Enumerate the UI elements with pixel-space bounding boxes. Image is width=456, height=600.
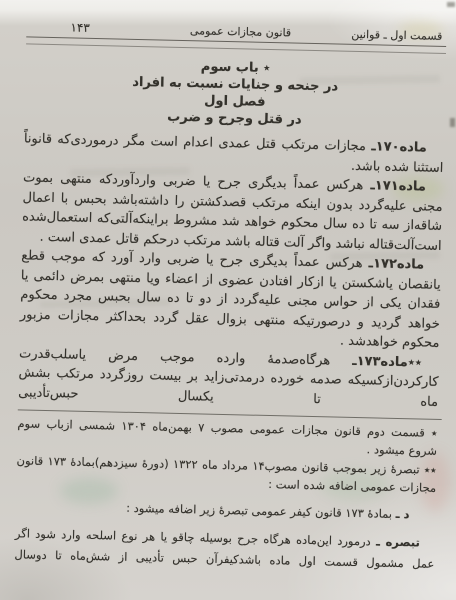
footnote-1-text: قسمت دوم قانون مجازات عمومی مصوب ۷ بهمن‌… bbox=[17, 416, 437, 457]
page-header: قسمت اول ـ قوانین قانون مجازات عمومی ۱۴۳ bbox=[26, 19, 446, 43]
footnote-item-d-marker: د ـ bbox=[396, 507, 410, 521]
footnote-item-d-text: بمادۀ ۱۷۳ قانون کیفر عمومی تبصرۀ زیر اضا… bbox=[126, 501, 392, 521]
footnote-tabsareh-marker: تبصره ـ bbox=[376, 534, 420, 549]
article-173-label: ٭٭ماده۱۷۳ـ bbox=[352, 353, 422, 370]
article-172: ماده۱۷۲ـ هرکس عمداً بدیگری جرح یا ضربی و… bbox=[19, 246, 441, 353]
footnote-2-text: تبصرۀ زیر بموجب قانون مصوب۱۴ مرداد ماه ۱… bbox=[16, 453, 436, 494]
page-number: ۱۴۳ bbox=[70, 20, 90, 34]
article-171: ماده۱۷۱ـ هرکس عمداً بدیگری جرح یا ضربی و… bbox=[21, 168, 443, 256]
footnote-2: ٭٭ تبصرۀ زیر بموجب قانون مصوب۱۴ مرداد ما… bbox=[16, 452, 437, 497]
footnote-item-d: د ـ بمادۀ ۱۷۳ قانون کیفر عمومی تبصرۀ زیر… bbox=[15, 497, 435, 524]
article-173: ٭٭ماده۱۷۳ـ هرگاه‌صدمۀ وارده موجب مرض یاس… bbox=[18, 344, 439, 412]
article-170-label: ماده۱۷۰ـ bbox=[371, 139, 427, 155]
footnotes-block: ٭ قسمت دوم قانون مجازات عمومی مصوب ۷ بهم… bbox=[14, 415, 437, 574]
scanned-page: قسمت اول ـ قوانین قانون مجازات عمومی ۱۴۳… bbox=[0, 0, 456, 600]
footnote-2-marker: ٭٭ bbox=[424, 463, 437, 477]
header-section-label: قسمت اول ـ قوانین bbox=[351, 28, 442, 43]
section-headings: ٭ باب سوم در جنحه و جنایات نسبت به افراد… bbox=[24, 54, 445, 132]
footnote-tabsareh-text: درمورد این‌ماده هرگاه جرح بوسیله چاقو یا… bbox=[14, 526, 434, 571]
page-content: قسمت اول ـ قوانین قانون مجازات عمومی ۱۴۳… bbox=[0, 0, 456, 577]
footnote-1-marker: ٭ bbox=[431, 426, 438, 440]
footnote-tabsareh: تبصره ـ درمورد این‌ماده هرگاه جرح بوسیله… bbox=[14, 523, 435, 575]
articles-block: ماده۱۷۰ـ مجازات مرتکب قتل عمدی اعدام است… bbox=[18, 129, 444, 411]
article-171-label: ماده۱۷۱ـ bbox=[370, 178, 426, 194]
header-title: قانون مجازات عمومی bbox=[190, 24, 291, 39]
article-172-label: ماده۱۷۲ـ bbox=[368, 256, 424, 272]
